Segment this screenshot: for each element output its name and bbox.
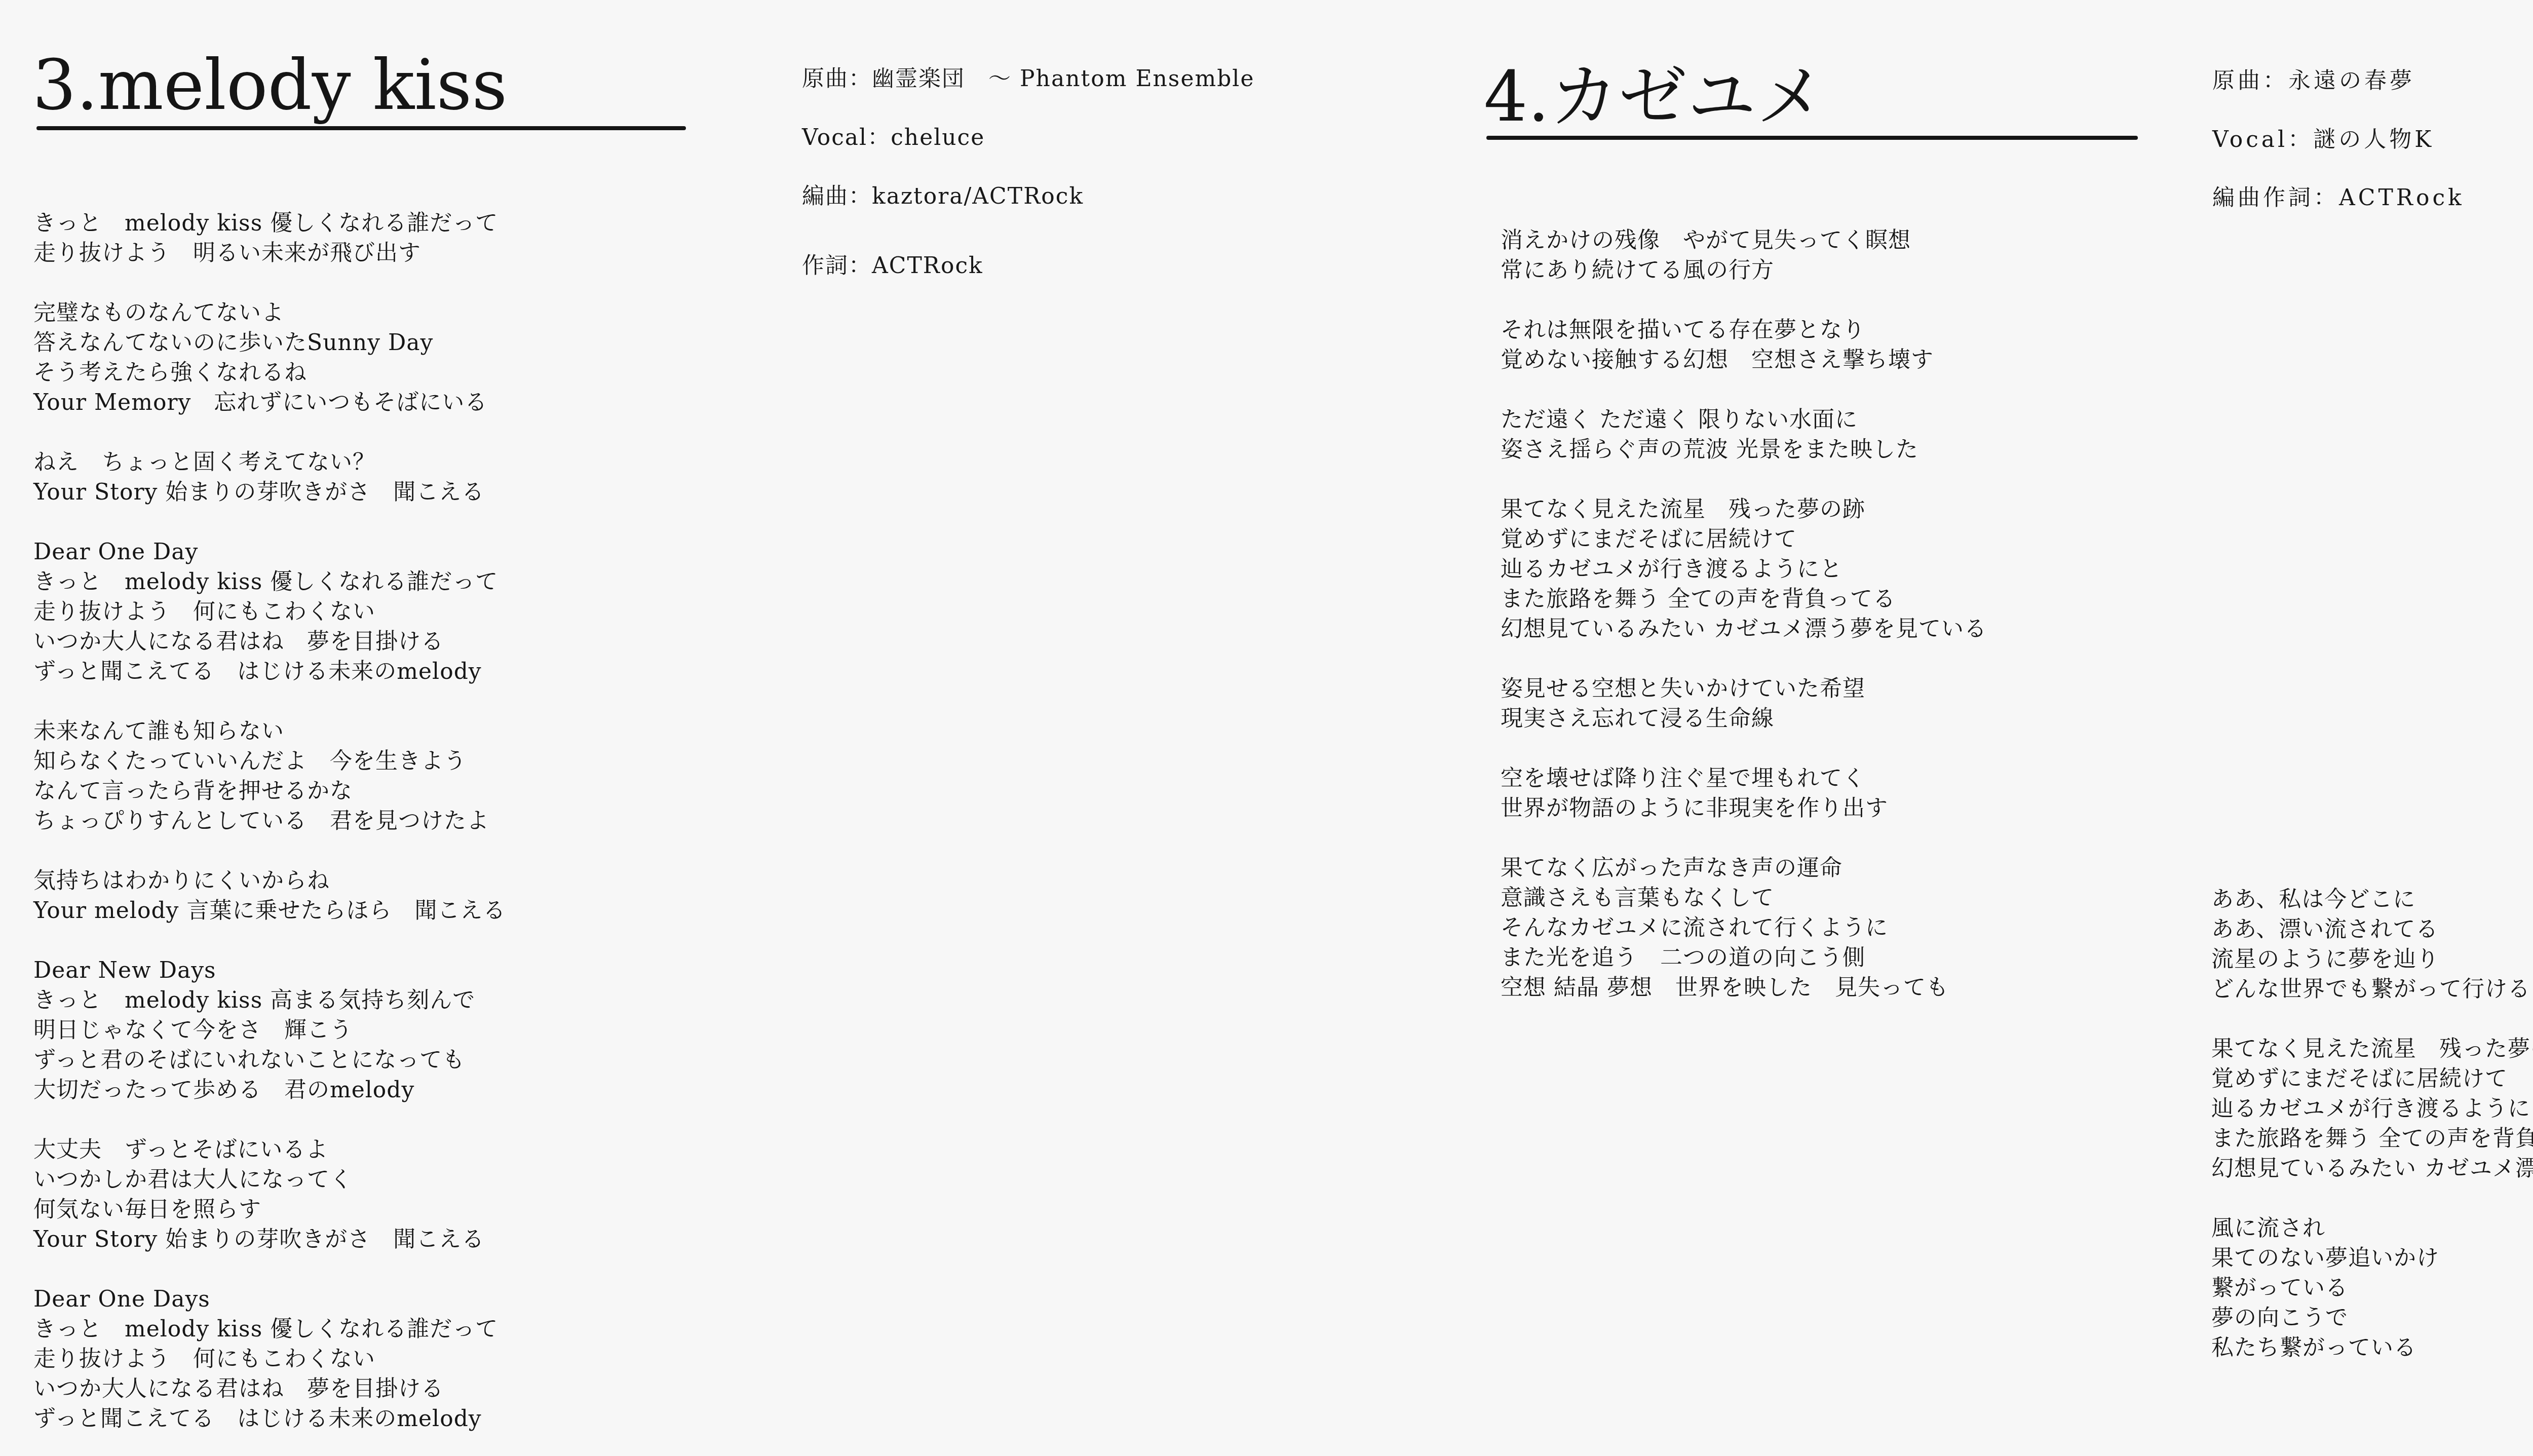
lyric-line: 夢の向こうで bbox=[2211, 1303, 2533, 1333]
lyric-line: 私たち繋がっている bbox=[2211, 1333, 2533, 1363]
lyric-line: ずっと聞こえてる はじける未来のmelody bbox=[33, 657, 506, 686]
credit-vocal: Vocal：cheluce bbox=[802, 123, 985, 152]
booklet-page-left: 3.melody kiss 原曲：幽霊楽団 ～ Phantom Ensemble… bbox=[0, 0, 1436, 1456]
lyric-line: 知らなくたっていいんだよ 今を生きよう bbox=[33, 746, 506, 776]
lyric-line: 答えなんてないのに歩いたSunny Day bbox=[33, 328, 506, 358]
stanza: 大丈夫 ずっとそばにいるよ いつかしか君は大人になってく 何気ない毎日を照らす … bbox=[33, 1135, 506, 1254]
title-underline bbox=[36, 126, 686, 130]
track-number: 3. bbox=[32, 46, 98, 126]
stanza: Dear One Day きっと melody kiss 優しくなれる誰だって … bbox=[33, 537, 506, 686]
track-title: melody kiss bbox=[98, 46, 507, 126]
lyric-line: 流星のように夢を辿り bbox=[2211, 944, 2533, 974]
lyric-line: なんて言ったら背を押せるかな bbox=[33, 776, 506, 806]
credit-vocal: Vocal：謎の人物K bbox=[2212, 125, 2434, 155]
credit-separator: ： bbox=[2314, 185, 2339, 211]
lyric-line: 走り抜けよう 明るい未来が飛び出す bbox=[33, 238, 506, 268]
credit-value: kaztora/ACTRock bbox=[872, 183, 1084, 209]
lyric-line: Dear New Days bbox=[33, 955, 506, 985]
lyric-line: Your melody 言葉に乗せたらほら 聞こえる bbox=[33, 896, 506, 926]
stanza: 果てなく広がった声なき声の運命 意識さえも言葉もなくして そんなカゼユメに流され… bbox=[1501, 853, 1987, 1003]
credit-separator: ： bbox=[849, 183, 872, 209]
stanza: 気持ちはわかりにくいからね Your melody 言葉に乗せたらほら 聞こえる bbox=[33, 866, 506, 926]
lyric-line: 覚めない接触する幻想 空想さえ撃ち壊す bbox=[1501, 345, 1987, 375]
lyric-line: いつかしか君は大人になってく bbox=[33, 1165, 506, 1195]
lyric-line: 明日じゃなくて今をさ 輝こう bbox=[33, 1015, 506, 1045]
credit-label: 原曲 bbox=[2212, 68, 2263, 94]
lyric-line: 幻想見ているみたい カゼユメ漂う夢を見ている bbox=[1501, 614, 1987, 644]
credit-label: 編曲作詞 bbox=[2212, 185, 2314, 211]
lyric-line: いつか大人になる君はね 夢を目掛ける bbox=[33, 1374, 506, 1404]
lyric-line: いつか大人になる君はね 夢を目掛ける bbox=[33, 627, 506, 657]
stanza: 消えかけの残像 やがて見失ってく瞑想 常にあり続けてる風の行方 bbox=[1501, 225, 1987, 285]
lyric-line: また旅路を舞う 全ての声を背負ってる bbox=[2211, 1124, 2533, 1154]
track-title: カゼユメ bbox=[1550, 57, 1825, 137]
lyric-line: そう考えたら強くなれるね bbox=[33, 358, 506, 388]
stanza: ねえ ちょっと固く考えてない？ Your Story 始まりの芽吹きがさ 聞こえ… bbox=[33, 447, 506, 507]
lyric-line: 覚めずにまだそばに居続けて bbox=[2211, 1064, 2533, 1094]
booklet-page-right: 4.カゼユメ 原曲：永遠の春夢 Vocal：謎の人物K 編曲作詞：ACTRock… bbox=[1436, 0, 2533, 1456]
lyric-line: 辿るカゼユメが行き渡るようにと bbox=[1501, 554, 1987, 584]
credit-original: 原曲：幽霊楽団 ～ Phantom Ensemble bbox=[802, 64, 1254, 94]
lyric-line: どんな世界でも繋がって行ける bbox=[2211, 974, 2533, 1004]
credit-separator: ： bbox=[849, 66, 872, 92]
lyric-line: きっと melody kiss 優しくなれる誰だって bbox=[33, 567, 506, 597]
lyric-line: 何気ない毎日を照らす bbox=[33, 1195, 506, 1224]
stanza: ああ、私は今どこに ああ、漂い流されてる 流星のように夢を辿り どんな世界でも繋… bbox=[2211, 885, 2533, 1004]
lyric-line: きっと melody kiss 優しくなれる誰だって bbox=[33, 208, 506, 238]
credit-label: Vocal bbox=[802, 125, 867, 150]
credit-label: 作詞 bbox=[802, 253, 849, 279]
stanza: 果てなく見えた流星 残った夢の跡 覚めずにまだそばに居続けて 辿るカゼユメが行き… bbox=[1501, 494, 1987, 644]
stanza: きっと melody kiss 優しくなれる誰だって 走り抜けよう 明るい未来が… bbox=[33, 208, 506, 268]
title-underline bbox=[1486, 136, 2138, 140]
lyric-line: 空想 結晶 夢想 世界を映した 見失っても bbox=[1501, 973, 1987, 1003]
credit-arrangement-lyrics: 編曲作詞：ACTRock bbox=[2212, 183, 2465, 213]
lyric-line: また旅路を舞う 全ての声を背負ってる bbox=[1501, 584, 1987, 614]
lyric-line: ずっと君のそばにいれないことになっても bbox=[33, 1045, 506, 1075]
lyric-line: 世界が物語のように非現実を作り出す bbox=[1501, 793, 1987, 823]
lyrics-block: きっと melody kiss 優しくなれる誰だって 走り抜けよう 明るい未来が… bbox=[33, 208, 506, 1434]
lyrics-column-secondary: ああ、私は今どこに ああ、漂い流されてる 流星のように夢を辿り どんな世界でも繋… bbox=[2211, 885, 2533, 1363]
lyric-line: Your Story 始まりの芽吹きがさ 聞こえる bbox=[33, 1224, 506, 1254]
credit-label: 編曲 bbox=[802, 183, 849, 209]
lyric-line: また光を追う 二つの道の向こう側 bbox=[1501, 943, 1987, 973]
lyric-line: 繋がっている bbox=[2211, 1273, 2533, 1303]
lyric-line: ただ遠く ただ遠く 限りない水面に bbox=[1501, 405, 1987, 435]
credit-lyrics: 作詞：ACTRock bbox=[802, 251, 983, 281]
lyric-line: 意識さえも言葉もなくして bbox=[1501, 883, 1987, 913]
credit-value: ACTRock bbox=[2339, 185, 2465, 211]
lyric-line: それは無限を描いてる存在夢となり bbox=[1501, 315, 1987, 345]
stanza: ただ遠く ただ遠く 限りない水面に 姿さえ揺らぐ声の荒波 光景をまた映した bbox=[1501, 405, 1987, 465]
lyric-line: ちょっぴりすんとしている 君を見つけたよ bbox=[33, 806, 506, 836]
credit-separator: ： bbox=[867, 125, 891, 150]
song-title: 3.melody kiss bbox=[32, 51, 507, 120]
lyric-line: 現実さえ忘れて浸る生命線 bbox=[1501, 704, 1987, 734]
lyric-line: 走り抜けよう 何にもこわくない bbox=[33, 597, 506, 627]
credit-original: 原曲：永遠の春夢 bbox=[2212, 66, 2415, 96]
credit-separator: ： bbox=[849, 253, 872, 279]
lyric-line: Dear One Days bbox=[33, 1284, 506, 1314]
credit-arrangement: 編曲：kaztora/ACTRock bbox=[802, 181, 1084, 211]
lyric-line: 未来なんて誰も知らない bbox=[33, 716, 506, 746]
track-number: 4. bbox=[1484, 57, 1550, 137]
lyric-line: 風に流され bbox=[2211, 1213, 2533, 1243]
credit-value: 謎の人物K bbox=[2313, 127, 2434, 152]
lyric-line: 常にあり続けてる風の行方 bbox=[1501, 255, 1987, 285]
credit-label: 原曲 bbox=[802, 66, 849, 92]
lyric-line: Your Story 始まりの芽吹きがさ 聞こえる bbox=[33, 477, 506, 507]
credit-value: cheluce bbox=[891, 125, 985, 150]
lyric-line: Your Memory 忘れずにいつもそばにいる bbox=[33, 388, 506, 417]
lyric-line: 気持ちはわかりにくいからね bbox=[33, 866, 506, 896]
stanza: 風に流され 果てのない夢追いかけ 繋がっている 夢の向こうで 私たち繋がっている bbox=[2211, 1213, 2533, 1363]
lyric-line: 大丈夫 ずっとそばにいるよ bbox=[33, 1135, 506, 1165]
lyric-line: 果てのない夢追いかけ bbox=[2211, 1243, 2533, 1273]
credit-separator: ： bbox=[2263, 68, 2288, 94]
lyric-line: 姿さえ揺らぐ声の荒波 光景をまた映した bbox=[1501, 435, 1987, 465]
stanza: 空を壊せば降り注ぐ星で埋もれてく 世界が物語のように非現実を作り出す bbox=[1501, 763, 1987, 823]
lyric-line: 辿るカゼユメが行き渡るようにと bbox=[2211, 1094, 2533, 1124]
lyrics-column-main: 消えかけの残像 やがて見失ってく瞑想 常にあり続けてる風の行方 それは無限を描い… bbox=[1501, 225, 1987, 1003]
lyric-line: 消えかけの残像 やがて見失ってく瞑想 bbox=[1501, 225, 1987, 255]
lyric-line: 姿見せる空想と失いかけていた希望 bbox=[1501, 674, 1987, 704]
lyric-line: 果てなく見えた流星 残った夢の跡 bbox=[2211, 1034, 2533, 1064]
lyric-line: Dear One Day bbox=[33, 537, 506, 567]
credit-label: Vocal bbox=[2212, 127, 2288, 152]
lyric-line: 果てなく広がった声なき声の運命 bbox=[1501, 853, 1987, 883]
lyric-line: きっと melody kiss 優しくなれる誰だって bbox=[33, 1314, 506, 1344]
lyric-line: きっと melody kiss 高まる気持ち刻んで bbox=[33, 985, 506, 1015]
stanza: 果てなく見えた流星 残った夢の跡 覚めずにまだそばに居続けて 辿るカゼユメが行き… bbox=[2211, 1034, 2533, 1183]
credit-value: ACTRock bbox=[872, 253, 983, 279]
lyric-line: 走り抜けよう 何にもこわくない bbox=[33, 1344, 506, 1374]
lyric-line: ああ、漂い流されてる bbox=[2211, 914, 2533, 944]
lyric-line: 空を壊せば降り注ぐ星で埋もれてく bbox=[1501, 763, 1987, 793]
stanza: Dear One Days きっと melody kiss 優しくなれる誰だって… bbox=[33, 1284, 506, 1434]
credit-separator: ： bbox=[2288, 127, 2313, 152]
lyric-line: 覚めずにまだそばに居続けて bbox=[1501, 524, 1987, 554]
stanza: 姿見せる空想と失いかけていた希望 現実さえ忘れて浸る生命線 bbox=[1501, 674, 1987, 734]
credit-value: 永遠の春夢 bbox=[2288, 68, 2415, 94]
lyric-line: 大切だったって歩める 君のmelody bbox=[33, 1075, 506, 1105]
lyric-line: そんなカゼユメに流されて行くように bbox=[1501, 913, 1987, 943]
lyric-line: 果てなく見えた流星 残った夢の跡 bbox=[1501, 494, 1987, 524]
stanza: それは無限を描いてる存在夢となり 覚めない接触する幻想 空想さえ撃ち壊す bbox=[1501, 315, 1987, 375]
credit-value: 幽霊楽団 ～ Phantom Ensemble bbox=[872, 66, 1254, 92]
stanza: Dear New Days きっと melody kiss 高まる気持ち刻んで … bbox=[33, 955, 506, 1105]
lyric-line: ああ、私は今どこに bbox=[2211, 885, 2533, 914]
lyric-line: 完璧なものなんてないよ bbox=[33, 298, 506, 328]
song-title: 4.カゼユメ bbox=[1484, 63, 1825, 132]
lyric-line: 幻想見ているみたい カゼユメ漂う夢を見ている bbox=[2211, 1154, 2533, 1183]
stanza: 未来なんて誰も知らない 知らなくたっていいんだよ 今を生きよう なんて言ったら背… bbox=[33, 716, 506, 836]
lyric-line: ずっと聞こえてる はじける未来のmelody bbox=[33, 1404, 506, 1434]
stanza: 完璧なものなんてないよ 答えなんてないのに歩いたSunny Day そう考えたら… bbox=[33, 298, 506, 417]
lyric-line: ねえ ちょっと固く考えてない？ bbox=[33, 447, 506, 477]
